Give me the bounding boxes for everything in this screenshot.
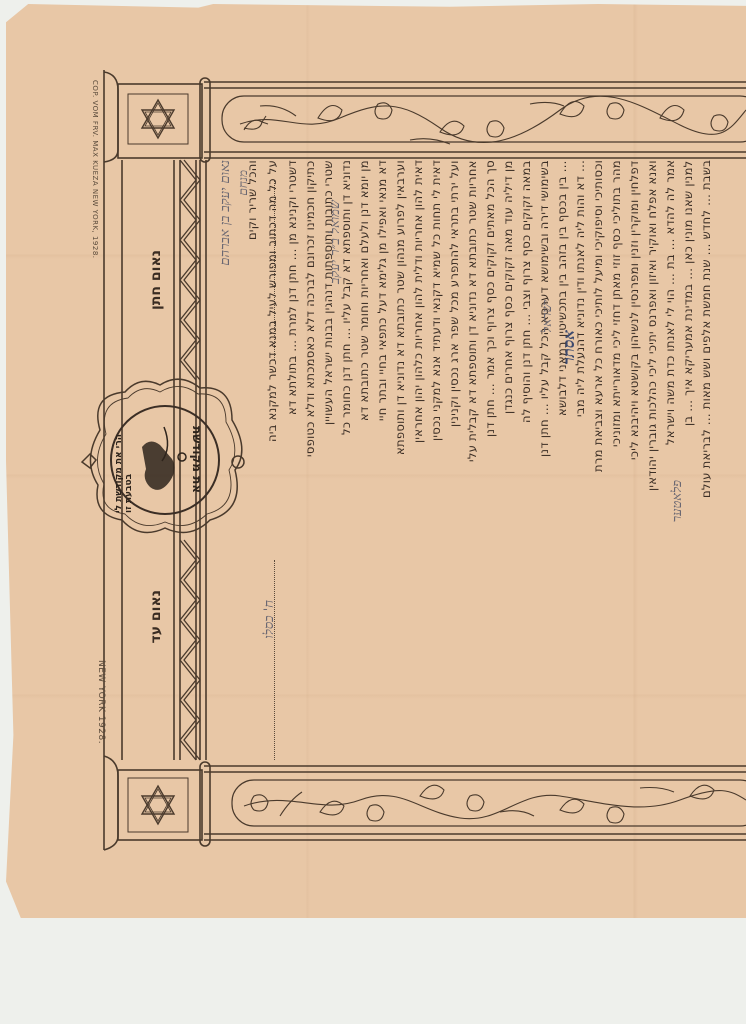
text-line: על כל מה דכתוב ומפורש לעיל במנא דכשר למק… (264, 160, 280, 760)
witness-label-1: נאום חתן (148, 250, 164, 310)
seal-medallion: את מקודשת הרי את מקודשת לי בטבעת זו (110, 405, 220, 515)
witness-label-2: נאום עד (148, 590, 164, 644)
text-line: סך הכל מאתים זקוקים כסף צרוף וכך אמר ...… (482, 160, 498, 760)
text-line: וכסותיכי וסיפוקיכי ומיעל לותיכי כאורח כל… (590, 160, 606, 760)
seal-text-top: את מקודשת (180, 407, 214, 513)
text-line: מן יומא דנן ולעלם ואחריות וחומר שטר כתוב… (356, 160, 372, 760)
publisher-imprint: COP. VOM FRV. MAX KUEZA NEW YORK, 1928. (91, 80, 99, 259)
handwritten-fill-name: ישראל (540, 300, 556, 333)
zigzag-lattice-upper (180, 160, 200, 380)
vine-border-top (240, 96, 746, 144)
seal-text-bottom: הרי את מקודשת לי בטבעת זו (114, 407, 134, 513)
star-of-david-icon (142, 786, 174, 824)
text-line: ועל ירתי בתראי להתפרע מכל שפר ארג נכסין … (446, 160, 462, 760)
text-line: ... בין בכסף בין בזהב בין בתכשיטין במאני… (554, 160, 570, 760)
text-line: דאית להון אחריות ודלית להון אחריות כלהון… (410, 160, 426, 760)
handwritten-fill-bride: אסתר (560, 330, 578, 365)
text-line: אחריות שטר כתובתא דא נדוניא דן ותוספתא ד… (464, 160, 480, 760)
text-line: דפלחין ומוקרין וזנין ומפרנסין לנשיהון בק… (626, 160, 642, 760)
text-line: מן דיליה עוד מאה זקוקים כסף צרוף אחרים כ… (500, 160, 516, 760)
handwritten-fill-name: שמואל ב״ר יעקב (328, 200, 344, 284)
place-date-imprint: NEW YORK 1928. (96, 660, 106, 744)
text-line: והכל שריר וקים (244, 160, 260, 760)
text-line: מהר בתוליכי כסף זוזי מאתן דחזי ליכי מדאו… (608, 160, 624, 760)
text-line: למנין שאנו מונין כאן ... במדינת אמעריקא … (680, 160, 696, 760)
text-line: כתיקון חכמינו זכרונם לברכה דלא כאסמכתא ו… (302, 160, 318, 760)
handwritten-fill-surname: פלאטער (670, 480, 686, 522)
text-line: דשטרי וקנינא מן ... חתן דנן למרת ... בתו… (284, 160, 300, 760)
text-line: בשימושי דירה ובשימושא דערסא הכל קבל עליו… (536, 160, 552, 760)
star-of-david-icon (142, 100, 174, 138)
text-line: וערבאין לפרוע מנהון שטר כתובתא דא נדוניא… (392, 160, 408, 760)
vine-border-bottom (244, 785, 746, 823)
zigzag-lattice-lower (180, 540, 200, 760)
text-line: במאה זקוקים כסף צרוף וצבי ... חתן דנן וה… (518, 160, 534, 760)
signature-witness-1: נאום יעקב בן אברהם (218, 160, 234, 266)
text-line: אמר לה להדא ... בת ... הוי לי לאנתו כדת … (662, 160, 678, 760)
text-line: ... דא והות ליה לאנתו ודין נדוניא דהנעלת… (572, 160, 588, 760)
text-line: דאית לי תחות כל שמיא דקנאי ודעתיד אנא למ… (428, 160, 444, 760)
text-line: דא מנאי ואפילו מן גלימא דעל כתפאי בחיי ו… (374, 160, 390, 760)
text-line: בשבת ... לחדש ... שנת חמשת אלפים ושש מאו… (698, 160, 714, 760)
text-line: ואנא אפלח ואוקיר ואיזון ואפרנס יתיכי ליכ… (644, 160, 660, 760)
